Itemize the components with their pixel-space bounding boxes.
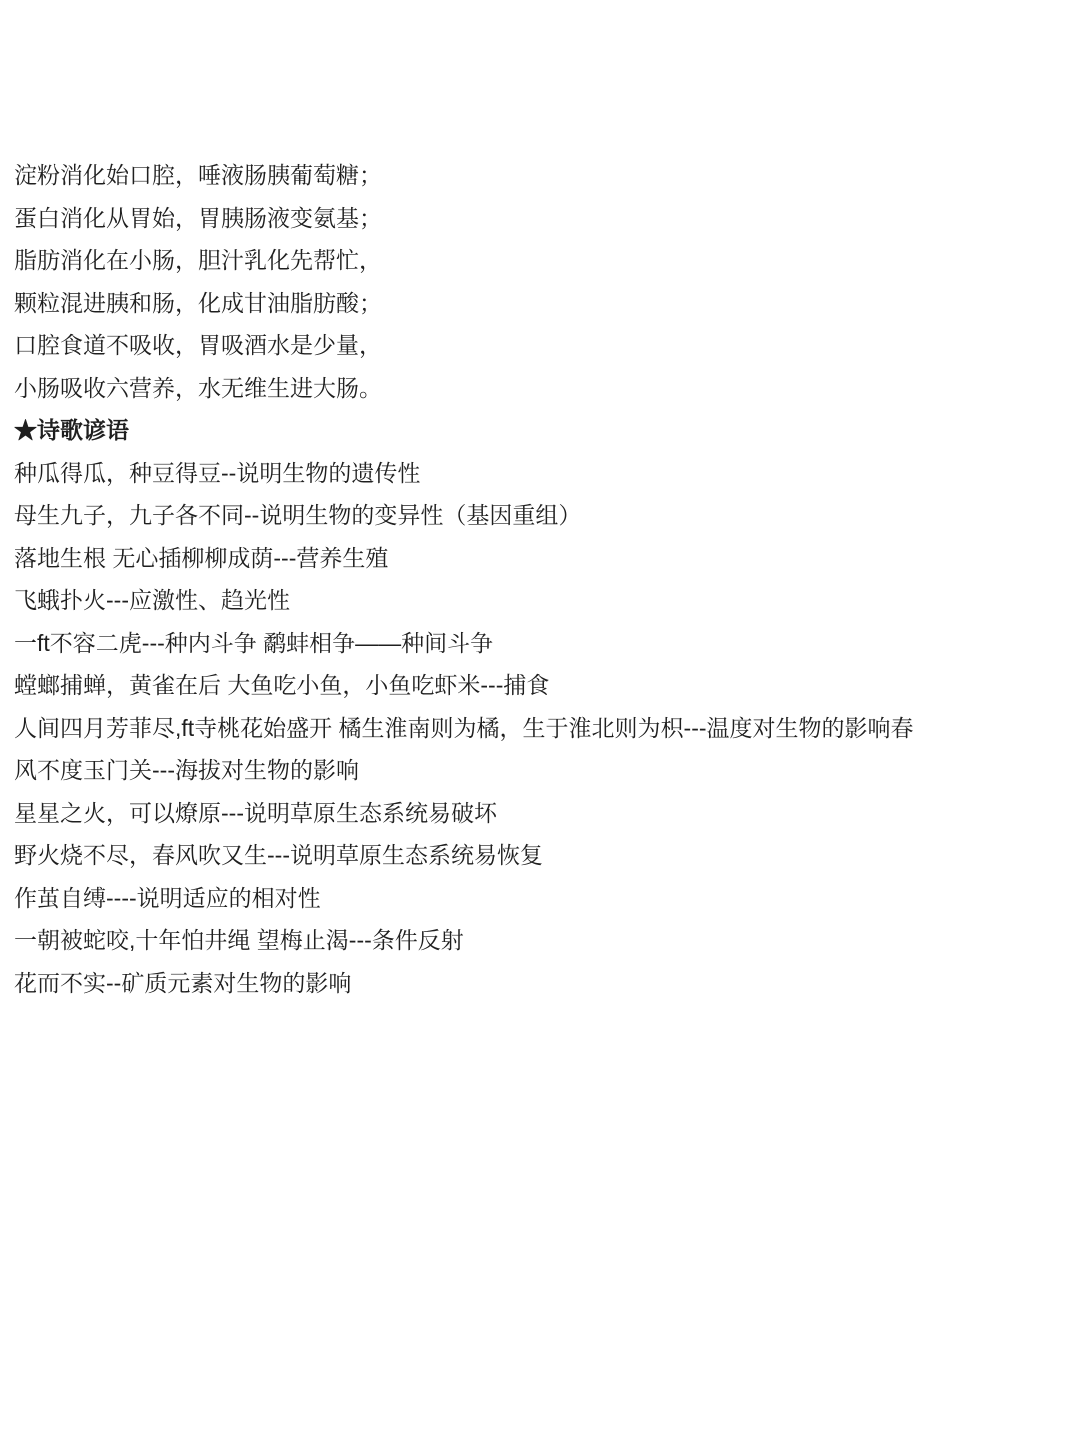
section-heading: ★诗歌谚语	[14, 409, 1060, 452]
proverb-line: 星星之火，可以燎原---说明草原生态系统易破坏	[14, 792, 1060, 835]
proverb-line: 人间四月芳菲尽,ft寺桃花始盛开 橘生淮南则为橘，生于淮北则为枳---温度对生物…	[14, 707, 1060, 750]
proverb-line: 野火烧不尽，春风吹又生---说明草原生态系统易恢复	[14, 834, 1060, 877]
proverbs-section: 种瓜得瓜，种豆得豆--说明生物的遗传性 母生九子，九子各不同--说明生物的变异性…	[14, 452, 1060, 1005]
proverb-line: 落地生根 无心插柳柳成荫---营养生殖	[14, 537, 1060, 580]
proverb-line: 作茧自缚----说明适应的相对性	[14, 877, 1060, 920]
proverb-line: 飞蛾扑火---应激性、趋光性	[14, 579, 1060, 622]
proverb-line: 一朝被蛇咬,十年怕井绳 望梅止渴---条件反射	[14, 919, 1060, 962]
digestion-rhyme-section: 淀粉消化始口腔，唾液肠胰葡萄糖； 蛋白消化从胃始，胃胰肠液变氨基； 脂肪消化在小…	[14, 154, 1060, 409]
rhyme-line: 口腔食道不吸收，胃吸酒水是少量，	[14, 324, 1060, 367]
proverb-line: 螳螂捕蝉，黄雀在后 大鱼吃小鱼，小鱼吃虾米---捕食	[14, 664, 1060, 707]
rhyme-line: 蛋白消化从胃始，胃胰肠液变氨基；	[14, 197, 1060, 240]
proverb-line: 母生九子，九子各不同--说明生物的变异性（基因重组）	[14, 494, 1060, 537]
rhyme-line: 颗粒混进胰和肠，化成甘油脂肪酸；	[14, 282, 1060, 325]
proverb-line: 一ft不容二虎---种内斗争 鹬蚌相争——种间斗争	[14, 622, 1060, 665]
document-page: 淀粉消化始口腔，唾液肠胰葡萄糖； 蛋白消化从胃始，胃胰肠液变氨基； 脂肪消化在小…	[0, 0, 1080, 1447]
rhyme-line: 脂肪消化在小肠，胆汁乳化先帮忙，	[14, 239, 1060, 282]
proverb-line: 花而不实--矿质元素对生物的影响	[14, 962, 1060, 1005]
rhyme-line: 小肠吸收六营养，水无维生进大肠。	[14, 367, 1060, 410]
rhyme-line: 淀粉消化始口腔，唾液肠胰葡萄糖；	[14, 154, 1060, 197]
proverb-line: 风不度玉门关---海拔对生物的影响	[14, 749, 1060, 792]
proverb-line: 种瓜得瓜，种豆得豆--说明生物的遗传性	[14, 452, 1060, 495]
